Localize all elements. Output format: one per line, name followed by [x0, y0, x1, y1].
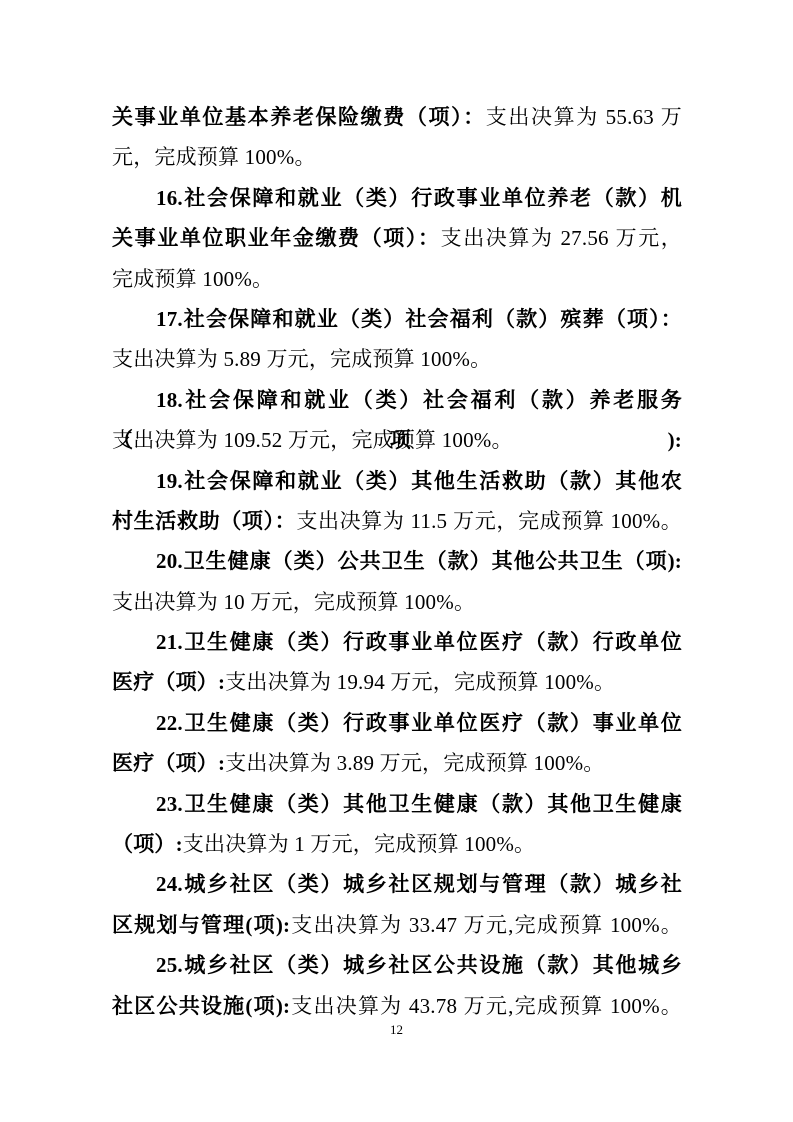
value-fragment: 元，完成预算 100%。: [112, 145, 316, 169]
page-number: 12: [0, 1022, 793, 1038]
document-body-text: 关事业单位基本养老保险缴费（项）：支出决算为 55.63 万 元，完成预算 10…: [112, 97, 682, 1026]
text-line: 支出决算为 10 万元，完成预算 100%。: [112, 582, 682, 622]
value-fragment: 支出决算为 55.63 万: [486, 105, 682, 129]
value-fragment: 支出决算为 109.52 万元，完成预算 100%。: [112, 428, 513, 452]
heading-fragment: 19.社会保障和就业（类）其他生活救助（款）其他农: [156, 469, 682, 493]
value-fragment: 支出决算为 3.89 万元，完成预算 100%。: [225, 751, 604, 775]
heading-fragment: 24.城乡社区（类）城乡社区规划与管理（款）城乡社: [156, 872, 682, 896]
text-line-item-20: 20.卫生健康（类）公共卫生（款）其他公共卫生（项):: [112, 541, 682, 581]
value-fragment: 支出决算为 5.89 万元，完成预算 100%。: [112, 347, 491, 371]
heading-fragment: 21.卫生健康（类）行政事业单位医疗（款）行政单位: [156, 630, 682, 654]
heading-fragment: 16.社会保障和就业（类）行政事业单位养老（款）机: [156, 186, 682, 210]
value-fragment: 支出决算为 33.47 万元,完成预算 100%。: [290, 913, 682, 937]
value-fragment: 支出决算为 43.78 万元,完成预算 100%。: [290, 994, 682, 1018]
text-line: 关事业单位职业年金缴费（项）：支出决算为 27.56 万元，: [112, 218, 682, 258]
text-line-item-16: 16.社会保障和就业（类）行政事业单位养老（款）机: [112, 178, 682, 218]
text-line-item-25: 25.城乡社区（类）城乡社区公共设施（款）其他城乡: [112, 945, 682, 985]
heading-fragment: 医疗（项）:: [112, 670, 225, 694]
text-line-item-19: 19.社会保障和就业（类）其他生活救助（款）其他农: [112, 461, 682, 501]
heading-fragment: 关事业单位职业年金缴费（项）：: [112, 226, 441, 250]
heading-fragment: 医疗（项）:: [112, 751, 225, 775]
heading-fragment: 17.社会保障和就业（类）社会福利（款）殡葬（项）：: [156, 307, 682, 331]
value-fragment: 完成预算 100%。: [112, 267, 273, 291]
text-line: 区规划与管理(项):支出决算为 33.47 万元,完成预算 100%。: [112, 905, 682, 945]
value-fragment: 支出决算为 19.94 万元，完成预算 100%。: [225, 670, 615, 694]
text-line: 关事业单位基本养老保险缴费（项）：支出决算为 55.63 万: [112, 97, 682, 137]
value-fragment: 支出决算为 27.56 万元，: [441, 226, 682, 250]
heading-fragment: 25.城乡社区（类）城乡社区公共设施（款）其他城乡: [156, 953, 682, 977]
value-fragment: 支出决算为 11.5 万元，完成预算 100%。: [296, 509, 682, 533]
text-line: 社区公共设施(项):支出决算为 43.78 万元,完成预算 100%。: [112, 986, 682, 1026]
text-line-item-22: 22.卫生健康（类）行政事业单位医疗（款）事业单位: [112, 703, 682, 743]
heading-fragment: 关事业单位基本养老保险缴费（项）：: [112, 105, 486, 129]
text-line: 医疗（项）:支出决算为 19.94 万元，完成预算 100%。: [112, 662, 682, 702]
heading-fragment: （项）:: [112, 832, 183, 856]
text-line-item-18: 18.社会保障和就业（类）社会福利（款）养老服务（项):: [112, 380, 682, 420]
heading-fragment: 村生活救助（项）：: [112, 509, 296, 533]
text-line: 完成预算 100%。: [112, 259, 682, 299]
heading-fragment: 20.卫生健康（类）公共卫生（款）其他公共卫生（项):: [156, 549, 682, 573]
heading-fragment: 22.卫生健康（类）行政事业单位医疗（款）事业单位: [156, 711, 682, 735]
text-line-item-21: 21.卫生健康（类）行政事业单位医疗（款）行政单位: [112, 622, 682, 662]
value-fragment: 支出决算为 1 万元，完成预算 100%。: [183, 832, 535, 856]
heading-fragment: 社区公共设施(项):: [112, 994, 290, 1018]
text-line: （项）:支出决算为 1 万元，完成预算 100%。: [112, 824, 682, 864]
text-line: 支出决算为 5.89 万元，完成预算 100%。: [112, 339, 682, 379]
heading-fragment: 23.卫生健康（类）其他卫生健康（款）其他卫生健康: [156, 792, 682, 816]
text-line: 元，完成预算 100%。: [112, 137, 682, 177]
text-line: 医疗（项）:支出决算为 3.89 万元，完成预算 100%。: [112, 743, 682, 783]
heading-fragment: 区规划与管理(项):: [112, 913, 290, 937]
text-line-item-24: 24.城乡社区（类）城乡社区规划与管理（款）城乡社: [112, 864, 682, 904]
text-line: 村生活救助（项）：支出决算为 11.5 万元，完成预算 100%。: [112, 501, 682, 541]
document-page: 关事业单位基本养老保险缴费（项）：支出决算为 55.63 万 元，完成预算 10…: [0, 0, 793, 1122]
text-line-item-23: 23.卫生健康（类）其他卫生健康（款）其他卫生健康: [112, 784, 682, 824]
value-fragment: 支出决算为 10 万元，完成预算 100%。: [112, 590, 475, 614]
text-line-item-17: 17.社会保障和就业（类）社会福利（款）殡葬（项）：: [112, 299, 682, 339]
